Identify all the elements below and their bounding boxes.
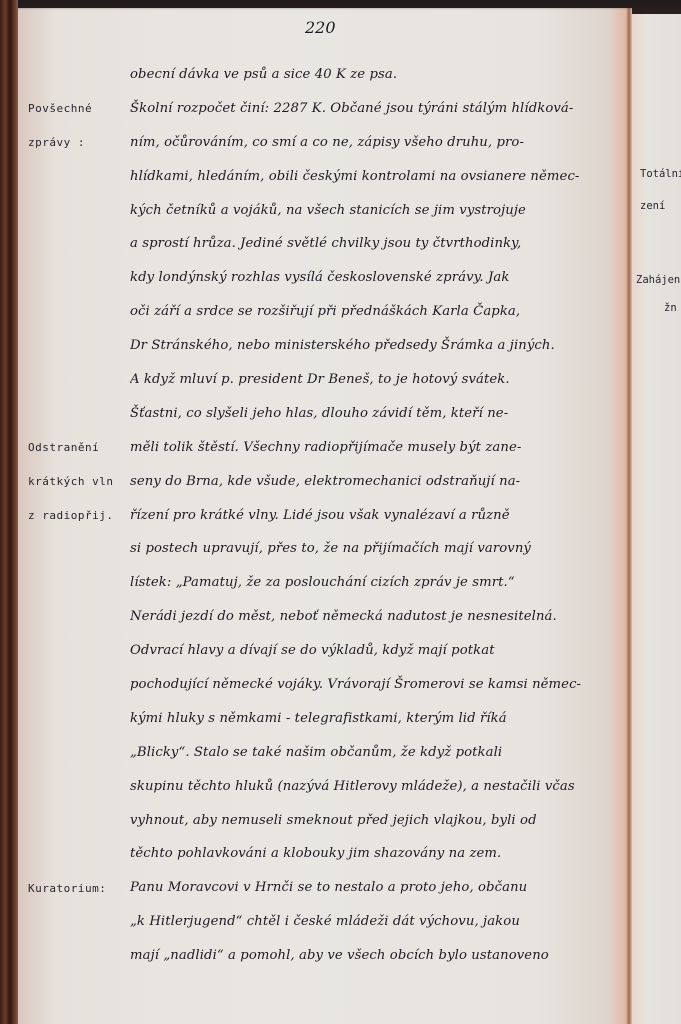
next-page-note: žn [664,302,677,314]
margin-note: zprávy : [28,136,85,149]
text-line: „k Hitlerjugend“ chtěl i české mládeži d… [130,905,610,939]
margin-note: z radiopřij. [28,509,113,522]
text-line: pochodující německé vojáky. Vrávorají Šr… [130,668,610,702]
top-shadow [18,0,681,10]
margin-note: Kuratorium: [28,882,106,895]
text-line: a sprostí hrůza. Jediné světlé chvilky j… [130,227,610,261]
next-page-edge [632,14,681,1024]
text-line: Odvrací hlavy a dívají se do výkladů, kd… [130,634,610,668]
next-page-note: Zahájen [636,274,680,286]
text-line: vyhnout, aby nemuseli smeknout před jeji… [130,804,610,838]
margin-note: Odstranění [28,441,99,454]
text-line: Nerádi jezdí do měst, neboť německá nadu… [130,600,610,634]
book-binding [0,0,18,1024]
text-line: Dr Stránského, nebo ministerského předse… [130,329,610,363]
page-number: 220 [305,18,336,37]
text-line: A když mluví p. president Dr Beneš, to j… [130,363,610,397]
text-line: Panu Moravcovi v Hrnči se to nestalo a p… [130,871,610,905]
handwritten-text: obecní dávka ve psů a sice 40 K ze psa.Š… [130,58,610,973]
margin-note: Povšechné [28,102,92,115]
text-line: těchto pohlavkováni a klobouky jim shazo… [130,837,610,871]
text-line: lístek: „Pamatuj, že za poslouchání cizí… [130,566,610,600]
text-line: kých četníků a vojáků, na všech stanicíc… [130,194,610,228]
text-line: kými hluky s němkami - telegrafistkami, … [130,702,610,736]
text-line: oči září a srdce se rozšiřují při předná… [130,295,610,329]
text-line: ním, očůrováním, co smí a co ne, zápisy … [130,126,610,160]
text-line: seny do Brna, kde všude, elektromechanic… [130,465,610,499]
next-page-note: zení [640,200,665,212]
text-line: řízení pro krátké vlny. Lidé jsou však v… [130,499,610,533]
text-line: mají „nadlidi“ a pomohl, aby ve všech ob… [130,939,610,973]
text-line: hlídkami, hledáním, obili českými kontro… [130,160,610,194]
text-line: kdy londýnský rozhlas vysílá českosloven… [130,261,610,295]
text-line: obecní dávka ve psů a sice 40 K ze psa. [130,58,610,92]
text-line: si postech upravují, přes to, že na přij… [130,532,610,566]
text-line: „Blicky“. Stalo se také našim občanům, ž… [130,736,610,770]
text-line: skupinu těchto hluků (nazývá Hitlerovy m… [130,770,610,804]
margin-note: krátkých vln [28,475,113,488]
text-line: měli tolik štěstí. Všechny radiopřijímač… [130,431,610,465]
next-page-note: Totální [640,168,681,180]
text-line: Šťastni, co slyšeli jeho hlas, dlouho zá… [130,397,610,431]
text-line: Školní rozpočet činí: 2287 K. Občané jso… [130,92,610,126]
